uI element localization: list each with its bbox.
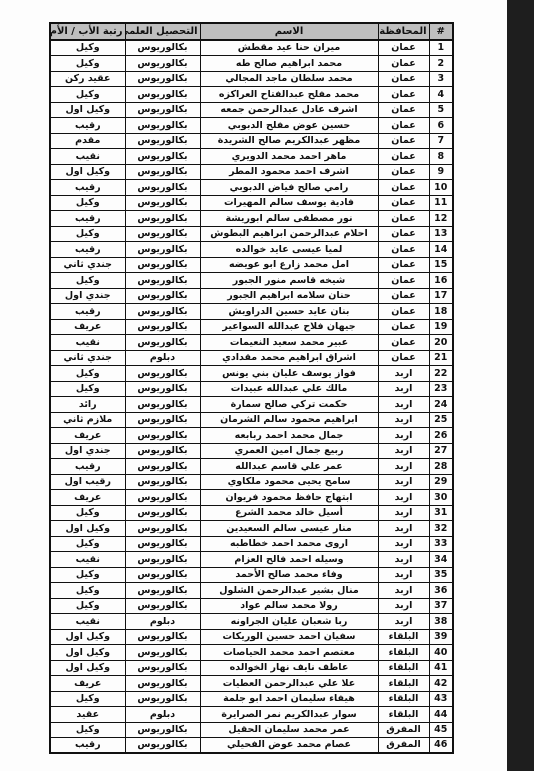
- cell-rank: وكيل اول: [50, 102, 125, 118]
- cell-rank: رائد: [50, 397, 125, 413]
- cell-num: 23: [429, 381, 453, 397]
- table-row: 19عمانجيهان فلاح عبدالله السواعيربكالوري…: [50, 319, 453, 335]
- table-row: 42البلقاءعلا علي عبدالرحمن العطياتبكالور…: [50, 676, 453, 692]
- cell-governorate: عمان: [378, 118, 429, 134]
- scan-dark-edge: [507, 0, 534, 771]
- cell-governorate: عمان: [378, 319, 429, 335]
- cell-name: جمال محمد احمد ربابعه: [200, 428, 378, 444]
- cell-rank: رقيب: [50, 118, 125, 134]
- cell-rank: عريف: [50, 676, 125, 692]
- table-row: 12عماننور مصطفى سالم ابوريشةبكالوريوسرقي…: [50, 211, 453, 227]
- table-row: 9عماناشرف احمد محمود المطربكالوريوسوكيل …: [50, 164, 453, 180]
- cell-num: 19: [429, 319, 453, 335]
- cell-education: بكالوريوس: [125, 459, 200, 475]
- cell-governorate: عمان: [378, 56, 429, 72]
- cell-rank: عريف: [50, 319, 125, 335]
- cell-education: بكالوريوس: [125, 133, 200, 149]
- cell-num: 1: [429, 40, 453, 56]
- table-row: 43البلقاءهيفاء سليمان احمد ابو جلمةبكالو…: [50, 691, 453, 707]
- cell-governorate: اربد: [378, 366, 429, 382]
- cell-education: بكالوريوس: [125, 180, 200, 196]
- cell-governorate: المفرق: [378, 738, 429, 754]
- cell-education: بكالوريوس: [125, 195, 200, 211]
- cell-rank: وكيل: [50, 40, 125, 56]
- cell-name: حكمت تركي صالح سمارة: [200, 397, 378, 413]
- cell-governorate: عمان: [378, 288, 429, 304]
- cell-governorate: المفرق: [378, 722, 429, 738]
- cell-num: 31: [429, 505, 453, 521]
- cell-rank: جندي ثاني: [50, 350, 125, 366]
- cell-rank: وكيل: [50, 567, 125, 583]
- cell-num: 44: [429, 707, 453, 723]
- table-row: 24اربدحكمت تركي صالح سمارةبكالوريوسرائد: [50, 397, 453, 413]
- cell-num: 33: [429, 536, 453, 552]
- table-row: 15عمانامل محمد زارع ابو عويضهبكالوريوسجن…: [50, 257, 453, 273]
- cell-education: بكالوريوس: [125, 490, 200, 506]
- cell-governorate: عمان: [378, 211, 429, 227]
- cell-name: اروى محمد احمد خطاطبه: [200, 536, 378, 552]
- cell-name: ابراهيم محمود سالم الشرمان: [200, 412, 378, 428]
- cell-education: بكالوريوس: [125, 381, 200, 397]
- cell-governorate: البلقاء: [378, 676, 429, 692]
- page: { "page": { "background_color": "#fdfdfd…: [0, 0, 534, 771]
- table-row: 33اربداروى محمد احمد خطاطبهبكالوريوسوكيل: [50, 536, 453, 552]
- cell-name: عمر محمد سليمان الحقيل: [200, 722, 378, 738]
- cell-education: بكالوريوس: [125, 443, 200, 459]
- cell-governorate: اربد: [378, 567, 429, 583]
- cell-governorate: اربد: [378, 598, 429, 614]
- cell-governorate: اربد: [378, 381, 429, 397]
- cell-education: بكالوريوس: [125, 242, 200, 258]
- cell-name: نور مصطفى سالم ابوريشة: [200, 211, 378, 227]
- cell-governorate: البلقاء: [378, 645, 429, 661]
- cell-governorate: اربد: [378, 614, 429, 630]
- cell-rank: وكيل: [50, 87, 125, 103]
- table-row: 11عمانفادية يوسف سالم المهيراتبكالوريوسو…: [50, 195, 453, 211]
- cell-num: 12: [429, 211, 453, 227]
- cell-num: 25: [429, 412, 453, 428]
- cell-name: منار عيسى سالم السعيدين: [200, 521, 378, 537]
- cell-rank: مقدم: [50, 133, 125, 149]
- cell-rank: وكيل: [50, 505, 125, 521]
- header-row: # المحافظة الاسم التحصيل العلمي رتبة الأ…: [50, 23, 453, 40]
- table-row: 8عمانماهر احمد محمد الدويريبكالوريوسنقيب: [50, 149, 453, 165]
- cell-governorate: عمان: [378, 149, 429, 165]
- cell-governorate: البلقاء: [378, 707, 429, 723]
- cell-name: رولا محمد سالم عواد: [200, 598, 378, 614]
- table-row: 14عمانلميا عيسى عايد خوالدهبكالوريوسرقيب: [50, 242, 453, 258]
- cell-governorate: عمان: [378, 226, 429, 242]
- cell-education: بكالوريوس: [125, 474, 200, 490]
- cell-name: علا علي عبدالرحمن العطيات: [200, 676, 378, 692]
- cell-num: 40: [429, 645, 453, 661]
- cell-num: 6: [429, 118, 453, 134]
- cell-governorate: اربد: [378, 490, 429, 506]
- cell-education: بكالوريوس: [125, 536, 200, 552]
- cell-rank: ملازم ثاني: [50, 412, 125, 428]
- cell-num: 26: [429, 428, 453, 444]
- cell-governorate: عمان: [378, 335, 429, 351]
- cell-governorate: البلقاء: [378, 629, 429, 645]
- table-body: 1عمانميران حنا عيد مقطشبكالوريوسوكيل2عما…: [50, 40, 453, 753]
- cell-governorate: اربد: [378, 397, 429, 413]
- cell-num: 3: [429, 71, 453, 87]
- cell-name: ماهر احمد محمد الدويري: [200, 149, 378, 165]
- cell-education: بكالوريوس: [125, 629, 200, 645]
- cell-education: بكالوريوس: [125, 521, 200, 537]
- cell-num: 18: [429, 304, 453, 320]
- cell-num: 7: [429, 133, 453, 149]
- cell-governorate: البلقاء: [378, 691, 429, 707]
- cell-name: محمد مفلح عبدالفتاح العراكزه: [200, 87, 378, 103]
- cell-name: محمد ابراهيم صالح طه: [200, 56, 378, 72]
- cell-num: 15: [429, 257, 453, 273]
- cell-rank: جندي اول: [50, 443, 125, 459]
- cell-num: 9: [429, 164, 453, 180]
- cell-governorate: اربد: [378, 443, 429, 459]
- cell-num: 46: [429, 738, 453, 754]
- cell-governorate: عمان: [378, 242, 429, 258]
- table-row: 29اربدسامح يحيى محمود ملكاويبكالوريوسرقي…: [50, 474, 453, 490]
- table-row: 17عمانحنان سلامه ابراهيم الجبوربكالوريوس…: [50, 288, 453, 304]
- cell-education: بكالوريوس: [125, 40, 200, 56]
- table-row: 39البلقاءسفيان احمد حسين الوريكاتبكالوري…: [50, 629, 453, 645]
- cell-name: ميران حنا عيد مقطش: [200, 40, 378, 56]
- cell-name: مظهر عبدالكريم صالح الشريدة: [200, 133, 378, 149]
- cell-governorate: البلقاء: [378, 660, 429, 676]
- cell-name: جيهان فلاح عبدالله السواعير: [200, 319, 378, 335]
- header-education: التحصيل العلمي: [125, 23, 200, 40]
- cell-num: 5: [429, 102, 453, 118]
- cell-num: 20: [429, 335, 453, 351]
- cell-name: حسين عوض مفلح الدبوبي: [200, 118, 378, 134]
- cell-governorate: عمان: [378, 180, 429, 196]
- cell-education: بكالوريوس: [125, 397, 200, 413]
- cell-rank: وكيل: [50, 536, 125, 552]
- cell-num: 22: [429, 366, 453, 382]
- cell-num: 4: [429, 87, 453, 103]
- cell-rank: رقيب: [50, 459, 125, 475]
- cell-education: بكالوريوس: [125, 335, 200, 351]
- cell-governorate: اربد: [378, 536, 429, 552]
- cell-education: بكالوريوس: [125, 71, 200, 87]
- cell-education: بكالوريوس: [125, 319, 200, 335]
- header-number: #: [429, 23, 453, 40]
- table-row: 4عمانمحمد مفلح عبدالفتاح العراكزهبكالوري…: [50, 87, 453, 103]
- table-row: 35اربدوفاء محمد صالح الأحمدبكالوريوسوكيل: [50, 567, 453, 583]
- cell-governorate: عمان: [378, 273, 429, 289]
- cell-num: 13: [429, 226, 453, 242]
- table-row: 44البلقاءسوار عبدالكريم نمر الصرايرةدبلو…: [50, 707, 453, 723]
- table-row: 40البلقاءمعتصم احمد محمد الحياصاتبكالوري…: [50, 645, 453, 661]
- cell-education: بكالوريوس: [125, 738, 200, 754]
- cell-name: فادية يوسف سالم المهيرات: [200, 195, 378, 211]
- cell-governorate: اربد: [378, 474, 429, 490]
- table-row: 2عمانمحمد ابراهيم صالح طهبكالوريوسوكيل: [50, 56, 453, 72]
- table-row: 3عمانمحمد سلطان ماجد المجاليبكالوريوسعقي…: [50, 71, 453, 87]
- cell-governorate: عمان: [378, 257, 429, 273]
- cell-education: بكالوريوس: [125, 149, 200, 165]
- cell-education: بكالوريوس: [125, 676, 200, 692]
- table-row: 41البلقاءعاطف نايف نهار الخوالدهبكالوريو…: [50, 660, 453, 676]
- cell-education: بكالوريوس: [125, 412, 200, 428]
- cell-education: بكالوريوس: [125, 87, 200, 103]
- cell-governorate: اربد: [378, 412, 429, 428]
- cell-num: 38: [429, 614, 453, 630]
- cell-name: شيخه قاسم منور الجبور: [200, 273, 378, 289]
- cell-governorate: اربد: [378, 552, 429, 568]
- cell-rank: وكيل: [50, 722, 125, 738]
- cell-num: 14: [429, 242, 453, 258]
- cell-name: اشرف احمد محمود المطر: [200, 164, 378, 180]
- cell-num: 28: [429, 459, 453, 475]
- cell-name: ابتهاج حافظ محمود فريوان: [200, 490, 378, 506]
- cell-name: اشراق ابراهيم محمد مقدادي: [200, 350, 378, 366]
- cell-education: بكالوريوس: [125, 722, 200, 738]
- personnel-roster-table: # المحافظة الاسم التحصيل العلمي رتبة الأ…: [49, 22, 454, 754]
- cell-education: بكالوريوس: [125, 567, 200, 583]
- cell-education: بكالوريوس: [125, 660, 200, 676]
- table-row: 32اربدمنار عيسى سالم السعيدينبكالوريوسوك…: [50, 521, 453, 537]
- cell-governorate: اربد: [378, 505, 429, 521]
- cell-education: دبلوم: [125, 350, 200, 366]
- cell-rank: وكيل اول: [50, 521, 125, 537]
- cell-rank: وكيل: [50, 366, 125, 382]
- cell-education: بكالوريوس: [125, 257, 200, 273]
- cell-name: عاطف نايف نهار الخوالده: [200, 660, 378, 676]
- cell-education: بكالوريوس: [125, 211, 200, 227]
- table-row: 21عماناشراق ابراهيم محمد مقداديدبلومجندي…: [50, 350, 453, 366]
- cell-education: بكالوريوس: [125, 226, 200, 242]
- cell-name: فواز يوسف عليان بني يونس: [200, 366, 378, 382]
- cell-education: دبلوم: [125, 707, 200, 723]
- cell-education: بكالوريوس: [125, 102, 200, 118]
- cell-name: وسيله احمد فالح العزام: [200, 552, 378, 568]
- cell-education: بكالوريوس: [125, 273, 200, 289]
- cell-governorate: عمان: [378, 195, 429, 211]
- cell-name: لميا عيسى عايد خوالده: [200, 242, 378, 258]
- cell-rank: وكيل: [50, 583, 125, 599]
- cell-governorate: عمان: [378, 40, 429, 56]
- cell-education: بكالوريوس: [125, 583, 200, 599]
- cell-num: 21: [429, 350, 453, 366]
- cell-governorate: عمان: [378, 102, 429, 118]
- cell-education: بكالوريوس: [125, 552, 200, 568]
- cell-num: 2: [429, 56, 453, 72]
- table-row: 28اربدعمر علي قاسم عبداللهبكالوريوسرقيب: [50, 459, 453, 475]
- cell-name: امل محمد زارع ابو عويضه: [200, 257, 378, 273]
- cell-governorate: اربد: [378, 583, 429, 599]
- table-row: 30اربدابتهاج حافظ محمود فريوانبكالوريوسع…: [50, 490, 453, 506]
- cell-num: 41: [429, 660, 453, 676]
- cell-rank: رقيب: [50, 180, 125, 196]
- cell-rank: وكيل اول: [50, 645, 125, 661]
- cell-rank: نقيب: [50, 149, 125, 165]
- table-row: 22اربدفواز يوسف عليان بني يونسبكالوريوسو…: [50, 366, 453, 382]
- cell-rank: وكيل اول: [50, 629, 125, 645]
- table-row: 31اربدأسيل خالد محمد الشرعبكالوريوسوكيل: [50, 505, 453, 521]
- cell-education: بكالوريوس: [125, 118, 200, 134]
- cell-rank: رقيب اول: [50, 474, 125, 490]
- cell-rank: رقيب: [50, 738, 125, 754]
- cell-name: ربيع جمال امين العمري: [200, 443, 378, 459]
- cell-name: عصام محمد عوض الفحيلي: [200, 738, 378, 754]
- cell-num: 29: [429, 474, 453, 490]
- table-row: 6عمانحسين عوض مفلح الدبوبيبكالوريوسرقيب: [50, 118, 453, 134]
- table-row: 25اربدابراهيم محمود سالم الشرمانبكالوريو…: [50, 412, 453, 428]
- table-row: 46المفرقعصام محمد عوض الفحيليبكالوريوسرق…: [50, 738, 453, 754]
- cell-rank: عريف: [50, 490, 125, 506]
- table-row: 27اربدربيع جمال امين العمريبكالوريوسجندي…: [50, 443, 453, 459]
- cell-num: 11: [429, 195, 453, 211]
- cell-num: 35: [429, 567, 453, 583]
- cell-name: عمر علي قاسم عبدالله: [200, 459, 378, 475]
- cell-name: محمد سلطان ماجد المجالي: [200, 71, 378, 87]
- cell-num: 36: [429, 583, 453, 599]
- cell-num: 27: [429, 443, 453, 459]
- cell-rank: وكيل: [50, 56, 125, 72]
- cell-education: دبلوم: [125, 614, 200, 630]
- cell-name: منال بشير عبدالرحمن الشلول: [200, 583, 378, 599]
- table-row: 7عمانمظهر عبدالكريم صالح الشريدةبكالوريو…: [50, 133, 453, 149]
- cell-rank: عريف: [50, 428, 125, 444]
- cell-rank: وكيل: [50, 691, 125, 707]
- cell-name: مالك علي عبدالله عبيدات: [200, 381, 378, 397]
- cell-name: رامي صالح فياض الدبوبي: [200, 180, 378, 196]
- cell-education: بكالوريوس: [125, 288, 200, 304]
- cell-education: بكالوريوس: [125, 428, 200, 444]
- cell-rank: وكيل: [50, 381, 125, 397]
- cell-rank: وكيل: [50, 195, 125, 211]
- table-row: 13عماناحلام عبدالرحمن ابراهيم البطوشبكال…: [50, 226, 453, 242]
- cell-name: هيفاء سليمان احمد ابو جلمة: [200, 691, 378, 707]
- cell-name: معتصم احمد محمد الحياصات: [200, 645, 378, 661]
- cell-education: بكالوريوس: [125, 164, 200, 180]
- table-row: 1عمانميران حنا عيد مقطشبكالوريوسوكيل: [50, 40, 453, 56]
- cell-name: أسيل خالد محمد الشرع: [200, 505, 378, 521]
- cell-governorate: اربد: [378, 459, 429, 475]
- header-governorate: المحافظة: [378, 23, 429, 40]
- cell-education: بكالوريوس: [125, 598, 200, 614]
- cell-name: عبير محمد سعيد النعيمات: [200, 335, 378, 351]
- cell-num: 32: [429, 521, 453, 537]
- cell-rank: نقيب: [50, 614, 125, 630]
- cell-rank: رقيب: [50, 211, 125, 227]
- table-row: 5عماناشرف عادل عبدالرحمن جمعهبكالوريوسوك…: [50, 102, 453, 118]
- cell-governorate: اربد: [378, 521, 429, 537]
- cell-name: بنان عايد حسين الدراويش: [200, 304, 378, 320]
- cell-name: احلام عبدالرحمن ابراهيم البطوش: [200, 226, 378, 242]
- cell-rank: نقيب: [50, 335, 125, 351]
- cell-governorate: عمان: [378, 87, 429, 103]
- cell-num: 17: [429, 288, 453, 304]
- cell-name: ربا شعبان عليان الجراونه: [200, 614, 378, 630]
- table-row: 37اربدرولا محمد سالم عوادبكالوريوسوكيل: [50, 598, 453, 614]
- header-name: الاسم: [200, 23, 378, 40]
- header-parent-rank: رتبة الأب / الأم: [50, 23, 125, 40]
- cell-num: 39: [429, 629, 453, 645]
- cell-rank: رقيب: [50, 242, 125, 258]
- cell-governorate: عمان: [378, 304, 429, 320]
- cell-num: 8: [429, 149, 453, 165]
- table-row: 26اربدجمال محمد احمد ربابعهبكالوريوسعريف: [50, 428, 453, 444]
- cell-rank: وكيل اول: [50, 660, 125, 676]
- cell-rank: جندي ثاني: [50, 257, 125, 273]
- cell-name: وفاء محمد صالح الأحمد: [200, 567, 378, 583]
- cell-name: سوار عبدالكريم نمر الصرايرة: [200, 707, 378, 723]
- cell-rank: نقيب: [50, 552, 125, 568]
- table-header: # المحافظة الاسم التحصيل العلمي رتبة الأ…: [50, 23, 453, 40]
- cell-rank: وكيل: [50, 273, 125, 289]
- cell-num: 43: [429, 691, 453, 707]
- cell-name: سفيان احمد حسين الوريكات: [200, 629, 378, 645]
- cell-governorate: عمان: [378, 350, 429, 366]
- cell-rank: جندي اول: [50, 288, 125, 304]
- cell-education: بكالوريوس: [125, 645, 200, 661]
- cell-governorate: عمان: [378, 133, 429, 149]
- table-row: 36اربدمنال بشير عبدالرحمن الشلولبكالوريو…: [50, 583, 453, 599]
- cell-rank: رقيب: [50, 304, 125, 320]
- cell-name: اشرف عادل عبدالرحمن جمعه: [200, 102, 378, 118]
- cell-num: 16: [429, 273, 453, 289]
- cell-num: 24: [429, 397, 453, 413]
- cell-rank: وكيل: [50, 598, 125, 614]
- cell-governorate: عمان: [378, 71, 429, 87]
- cell-education: بكالوريوس: [125, 505, 200, 521]
- table-row: 10عمانرامي صالح فياض الدبوبيبكالوريوسرقي…: [50, 180, 453, 196]
- cell-rank: عقيد: [50, 707, 125, 723]
- cell-education: بكالوريوس: [125, 304, 200, 320]
- table-row: 34اربدوسيله احمد فالح العزامبكالوريوسنقي…: [50, 552, 453, 568]
- cell-num: 34: [429, 552, 453, 568]
- table-row: 18عمانبنان عايد حسين الدراويشبكالوريوسرق…: [50, 304, 453, 320]
- cell-name: سامح يحيى محمود ملكاوي: [200, 474, 378, 490]
- table-row: 20عمانعبير محمد سعيد النعيماتبكالوريوسنق…: [50, 335, 453, 351]
- table-row: 45المفرقعمر محمد سليمان الحقيلبكالوريوسو…: [50, 722, 453, 738]
- cell-education: بكالوريوس: [125, 56, 200, 72]
- cell-num: 45: [429, 722, 453, 738]
- cell-education: بكالوريوس: [125, 366, 200, 382]
- cell-rank: وكيل اول: [50, 164, 125, 180]
- table-row: 38اربدربا شعبان عليان الجراونهدبلومنقيب: [50, 614, 453, 630]
- cell-num: 37: [429, 598, 453, 614]
- cell-num: 42: [429, 676, 453, 692]
- cell-name: حنان سلامه ابراهيم الجبور: [200, 288, 378, 304]
- cell-education: بكالوريوس: [125, 691, 200, 707]
- table-row: 23اربدمالك علي عبدالله عبيداتبكالوريوسوك…: [50, 381, 453, 397]
- cell-num: 10: [429, 180, 453, 196]
- table-row: 16عمانشيخه قاسم منور الجبوربكالوريوسوكيل: [50, 273, 453, 289]
- cell-governorate: اربد: [378, 428, 429, 444]
- cell-rank: عقيد ركن: [50, 71, 125, 87]
- cell-governorate: عمان: [378, 164, 429, 180]
- cell-rank: وكيل: [50, 226, 125, 242]
- cell-num: 30: [429, 490, 453, 506]
